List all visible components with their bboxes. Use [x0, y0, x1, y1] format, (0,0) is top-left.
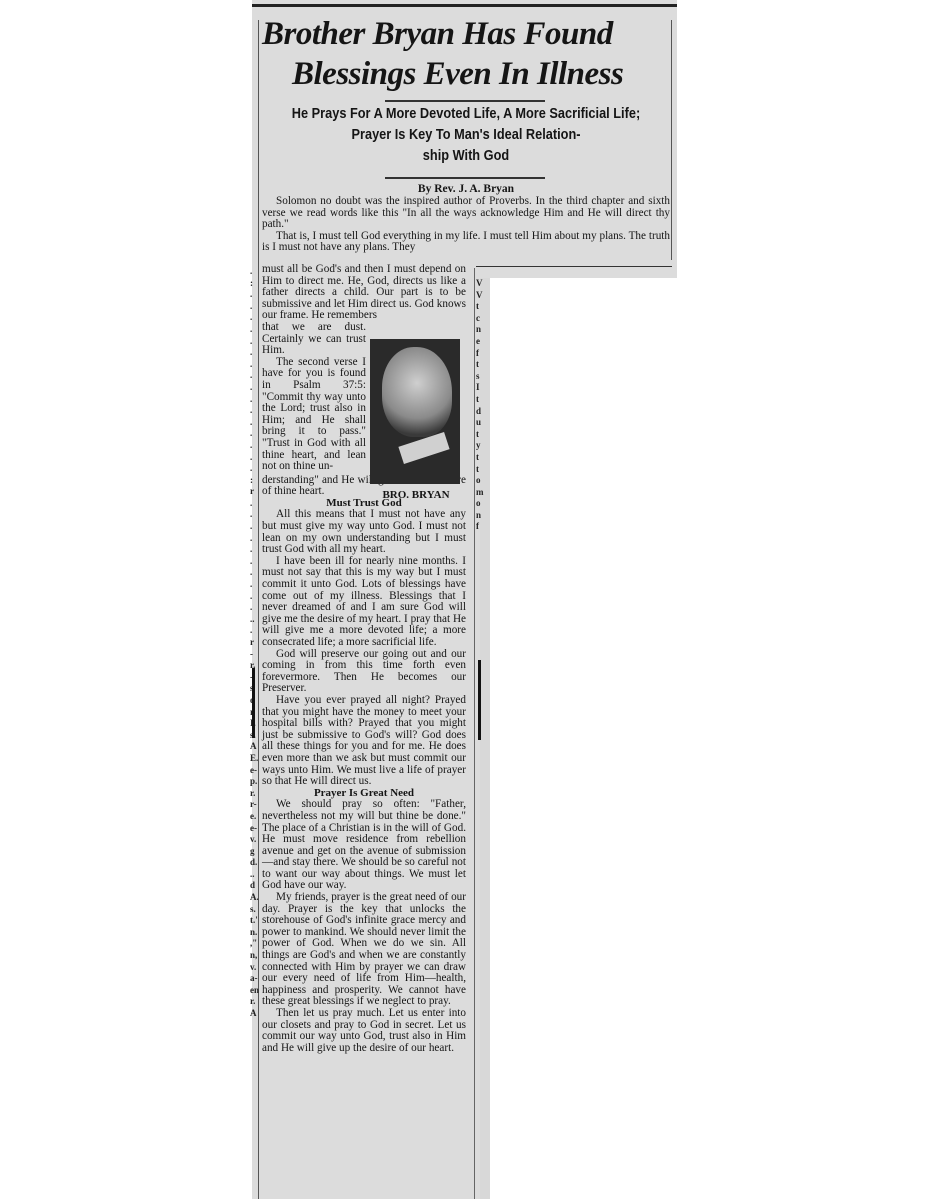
subheadline: He Prays For A More Devoted Life, A More… [285, 104, 648, 167]
fragment-glyph: e- [250, 765, 260, 777]
fragment-glyph: . [250, 428, 260, 440]
fragment-glyph: . [250, 312, 260, 324]
fragment-glyph: t [476, 452, 488, 464]
subheadline-line-1: He Prays For A More Devoted Life, A More… [285, 104, 648, 125]
fragment-glyph: d. [250, 857, 260, 869]
fragment-glyph: s [476, 371, 488, 383]
subheadline-line-3: ship With God [285, 146, 648, 167]
right-adjacent-fragments: VVtcneftsItdutyttomonf [476, 278, 488, 533]
portrait-photo [370, 339, 460, 484]
intro-text: Solomon no doubt was the inspired author… [262, 196, 670, 254]
fragment-glyph: n [476, 510, 488, 522]
fragment-glyph: .. [250, 614, 260, 626]
fragment-glyph: y [476, 440, 488, 452]
fragment-glyph: . [250, 602, 260, 614]
column-paragraph: that we are dust. Certainly we can trust… [262, 322, 366, 357]
fragment-glyph: t [476, 464, 488, 476]
fragment-glyph: a- [250, 973, 260, 985]
fragment-glyph: . [250, 382, 260, 394]
section-paragraph: All this means that I must not have any … [262, 509, 466, 555]
fragment-glyph: ," [250, 938, 260, 950]
fragment-glyph: . [250, 289, 260, 301]
fragment-glyph: c [476, 313, 488, 325]
fragment-glyph: . [250, 324, 260, 336]
fragment-glyph: . [250, 405, 260, 417]
fragment-glyph: t [476, 301, 488, 313]
fragment-glyph: . [250, 336, 260, 348]
right-adjacent-bar [478, 660, 481, 740]
portrait-face [382, 347, 452, 437]
fragment-glyph: r [250, 486, 260, 498]
fragment-glyph: o [476, 475, 488, 487]
fragment-glyph: I [476, 382, 488, 394]
fragment-glyph: . [250, 463, 260, 475]
fragment-glyph: . [250, 567, 260, 579]
fragment-glyph: . [250, 370, 260, 382]
section-paragraph: Have you ever prayed all night? Prayed t… [262, 695, 466, 788]
fragment-glyph: v. [250, 962, 260, 974]
fragment-glyph: d [250, 880, 260, 892]
fragment-glyph: E. [250, 753, 260, 765]
fragment-glyph: f [476, 348, 488, 360]
photo-caption: BRO. BRYAN [368, 489, 464, 501]
fragment-glyph: v. [250, 834, 260, 846]
headline-divider [385, 100, 545, 102]
fragment-glyph: . [250, 301, 260, 313]
headline-line-1: Brother Bryan Has Found [262, 14, 667, 54]
fragment-glyph: . [250, 440, 260, 452]
fragment-glyph: A [250, 741, 260, 753]
fragment-glyph: . [250, 359, 260, 371]
fragment-glyph: t [476, 394, 488, 406]
fragment-glyph: r. [250, 996, 260, 1008]
fragment-glyph: r- [250, 799, 260, 811]
fragment-glyph: . [250, 591, 260, 603]
fragment-glyph: V [476, 290, 488, 302]
section-paragraph: I have been ill for nearly nine months. … [262, 556, 466, 649]
fragment-glyph: . [250, 347, 260, 359]
fragment-glyph: . [250, 266, 260, 278]
fragment-glyph: t [476, 359, 488, 371]
section-paragraph: God will preserve our going out and our … [262, 649, 466, 695]
fragment-glyph: u [476, 417, 488, 429]
fragment-glyph: . [250, 544, 260, 556]
fragment-glyph: : [250, 278, 260, 290]
headline: Brother Bryan Has Found Blessings Even I… [262, 14, 667, 94]
headline-line-2: Blessings Even In Illness [262, 54, 667, 94]
fragment-glyph: r [250, 637, 260, 649]
section-paragraph: My friends, prayer is the great need of … [262, 892, 466, 1008]
fragment-glyph: . [250, 394, 260, 406]
fragment-glyph: . [250, 556, 260, 568]
left-adjacent-fragments: .:................:r.............r-r.-so… [250, 266, 260, 1020]
top-border-rule [252, 4, 677, 7]
fragment-glyph: n. [250, 927, 260, 939]
narrow-text-beside-photo: that we are dust. Certainly we can trust… [262, 322, 366, 473]
section-paragraph: We should pray so often: "Father, nevert… [262, 799, 466, 892]
fragment-glyph: e. [250, 811, 260, 823]
fragment-glyph: . [250, 498, 260, 510]
fragment-glyph: s. [250, 904, 260, 916]
fragment-glyph: A [250, 1008, 260, 1020]
fragment-glyph: g [250, 846, 260, 858]
fragment-glyph: e- [250, 823, 260, 835]
fragment-glyph: . [250, 625, 260, 637]
fragment-glyph: m [476, 487, 488, 499]
fragment-glyph: - [250, 649, 260, 661]
column-paragraph: must all be God's and then I must depend… [262, 264, 466, 322]
fragment-glyph: p. [250, 776, 260, 788]
fragment-glyph: e [476, 336, 488, 348]
fragment-glyph: t.' [250, 915, 260, 927]
column-rule-right [671, 20, 672, 260]
fragment-glyph: . [250, 509, 260, 521]
fragment-glyph: en [250, 985, 260, 997]
intro-paragraph: Solomon no doubt was the inspired author… [262, 196, 670, 231]
subheadline-divider [385, 177, 545, 179]
intro-paragraph: That is, I must tell God everything in m… [262, 231, 670, 254]
section-paragraph: Then let us pray much. Let us enter into… [262, 1008, 466, 1054]
column-paragraph: The second verse I have for you is found… [262, 357, 366, 473]
fragment-glyph: . [250, 452, 260, 464]
fragment-glyph: n, [250, 950, 260, 962]
fragment-glyph: r. [250, 788, 260, 800]
fragment-glyph: . [250, 533, 260, 545]
column-rule-middle [474, 268, 475, 1199]
fragment-glyph: A. [250, 892, 260, 904]
subheadline-line-2: Prayer Is Key To Man's Ideal Relation- [285, 125, 648, 146]
fragment-glyph: . [250, 579, 260, 591]
fragment-glyph: n [476, 324, 488, 336]
fragment-glyph: . [250, 521, 260, 533]
fragment-glyph: f [476, 521, 488, 533]
fragment-glyph: t [476, 429, 488, 441]
adjacent-column-top-rule [476, 266, 672, 267]
fragment-glyph: o [476, 498, 488, 510]
fragment-glyph: .. [250, 869, 260, 881]
left-adjacent-bar [252, 668, 255, 738]
byline: By Rev. J. A. Bryan [260, 183, 672, 195]
fragment-glyph: . [250, 417, 260, 429]
fragment-glyph: V [476, 278, 488, 290]
fragment-glyph: : [250, 475, 260, 487]
fragment-glyph: d [476, 406, 488, 418]
